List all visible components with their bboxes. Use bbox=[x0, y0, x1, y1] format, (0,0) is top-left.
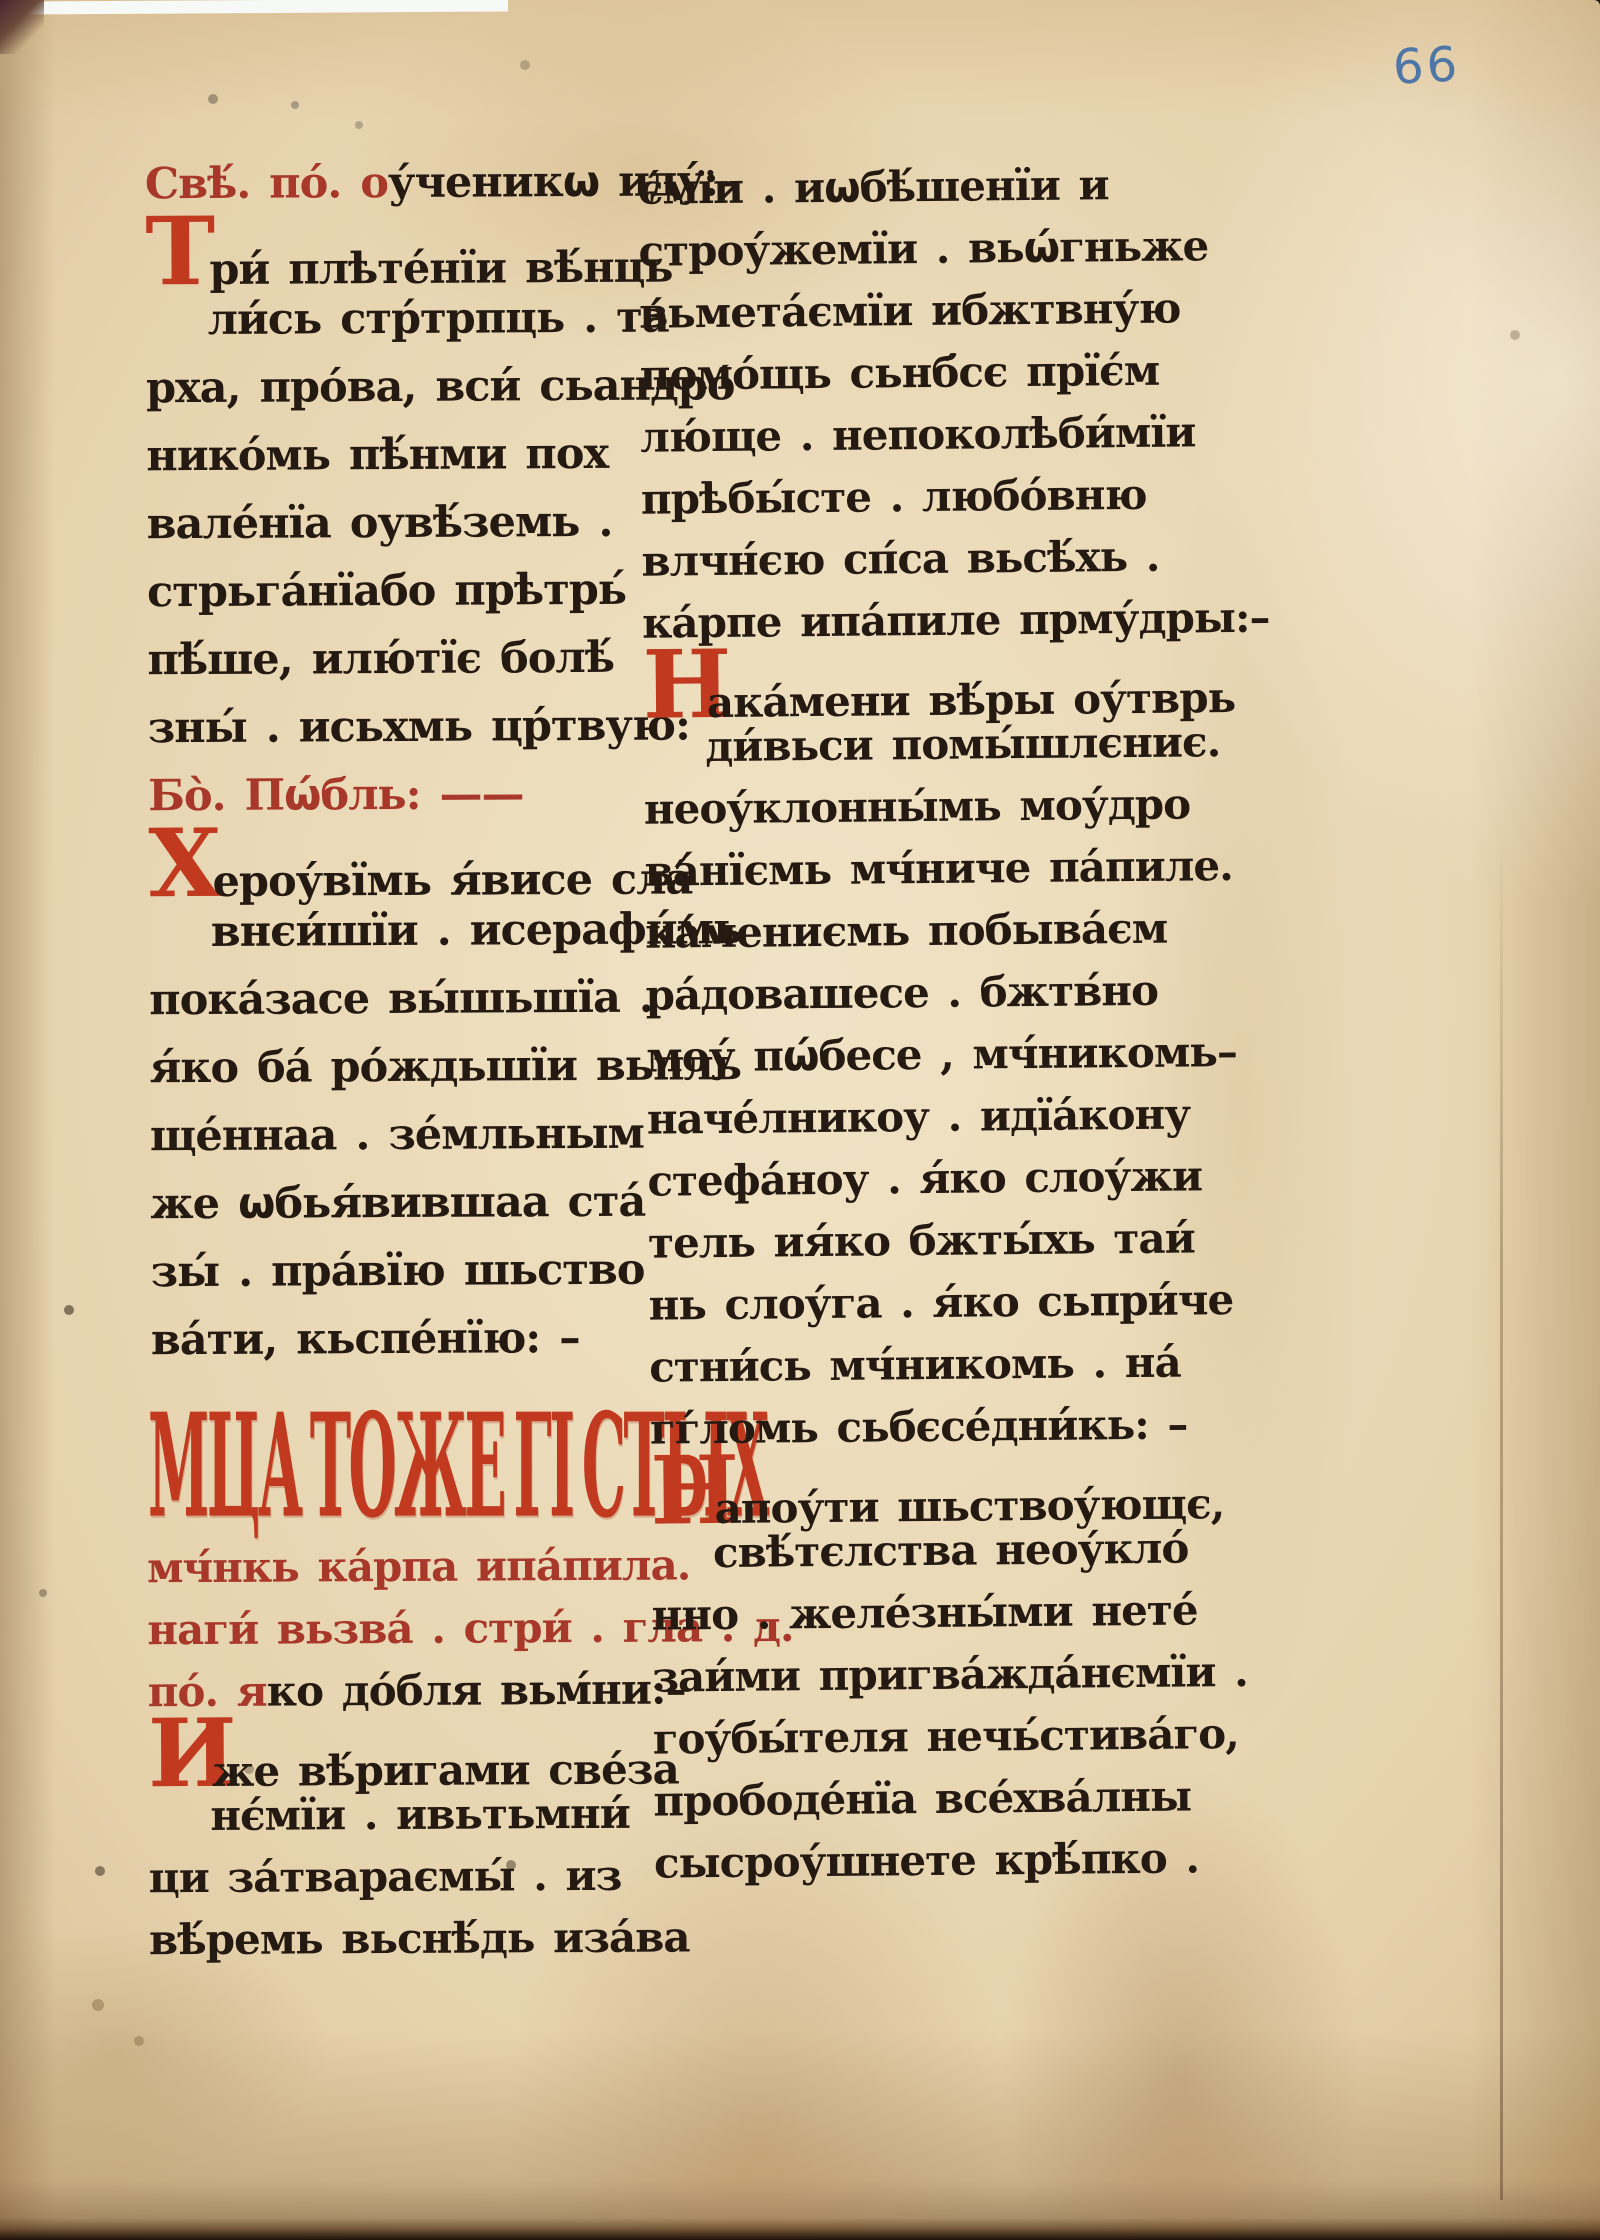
text-line: стефа́ноу . я́ко слоу́жи bbox=[647, 1151, 1208, 1218]
text-segment: ероу́вїмь я́висе сла́ bbox=[212, 854, 692, 907]
text-segment: стрьга́нїабо прѣтрь́ bbox=[147, 565, 626, 618]
text-segment: прѣбы́сте . любо́вню bbox=[641, 470, 1147, 524]
text-line: мч́нкь ка́рпа ипа́пила. bbox=[147, 1541, 647, 1606]
initial-letter: Т bbox=[145, 227, 209, 277]
text-line: наче́лникоу . идїа́кону bbox=[647, 1089, 1208, 1156]
text-line: я́ко ба́ ро́ждьшїи вьпль bbox=[149, 1041, 649, 1112]
text-segment: пока́засе вы́шьшїа . bbox=[149, 973, 653, 1026]
text-line: пѣ́ше, илю́тїє болѣ́ bbox=[147, 633, 647, 704]
column-left-lower: мч́нкь ка́рпа ипа́пила.наги́ вьзва́ . ст… bbox=[147, 1541, 649, 1978]
text-segment: ка́мениємь побыва́єм bbox=[645, 904, 1168, 958]
parchment-page: 66 Свѣ́. по́. оу́ченикѡ иду́:–Три́ плѣте… bbox=[0, 0, 1600, 2240]
text-line: ва́ти, кьспе́нїю: – bbox=[151, 1313, 651, 1384]
text-segment: стни́сь мч́никомь . на́ bbox=[649, 1338, 1181, 1392]
initial-letter: И bbox=[148, 1729, 212, 1779]
text-line: сысроу́шнете крѣ́пко . bbox=[654, 1833, 1215, 1900]
text-line: стни́сь мч́никомь . на́ bbox=[649, 1337, 1210, 1404]
text-line: ра́довашесе . бжтв́но bbox=[645, 965, 1206, 1032]
text-line: ка́мениємь побыва́єм bbox=[645, 903, 1206, 970]
text-line: прободе́нїа все́хва́лны bbox=[653, 1771, 1214, 1838]
text-segment: ще́ннаа . зе́мльным bbox=[150, 1109, 644, 1162]
text-line: гоу́бы́теля нечь́стива́го, bbox=[653, 1709, 1214, 1776]
text-line: Свѣ́. по́. оу́ченикѡ иду́:– bbox=[145, 157, 645, 228]
text-segment: ко до́бля вьм́ни:– bbox=[267, 1664, 686, 1715]
initial-letter: Н bbox=[650, 1466, 714, 1517]
text-line: моу́ пѡ́бесе , мч́никомь– bbox=[646, 1027, 1207, 1094]
page-edge-line bbox=[1500, 840, 1503, 2200]
text-line: Три́ плѣте́нїи вѣ́нць bbox=[145, 225, 645, 296]
text-line: ди́вьси помы́шлєниє. bbox=[705, 717, 1204, 784]
text-segment: наче́лникоу . идїа́кону bbox=[647, 1089, 1191, 1143]
text-line: неоу́клонны́мь моу́дро bbox=[644, 779, 1205, 846]
text-line: вале́нїа оувѣ́земь . bbox=[147, 497, 647, 568]
text-segment: ра́довашесе . бжтв́но bbox=[645, 966, 1158, 1020]
text-segment: же ѡбья́вившаа ста́ bbox=[150, 1177, 645, 1230]
text-segment: влчн́єю сп́са вьсѣ́хь . bbox=[641, 532, 1159, 586]
rubric-segment: мч́нкь ка́рпа ипа́пила. bbox=[147, 1540, 691, 1592]
text-segment: моу́ пѡ́бесе , мч́никомь– bbox=[646, 1027, 1237, 1082]
text-segment: нно . желе́зны́ми нете́ bbox=[651, 1585, 1197, 1639]
text-line: заи́ми пригва́жда́нємїи . bbox=[652, 1647, 1213, 1714]
text-line: же ѡбья́вившаа ста́ bbox=[150, 1177, 650, 1248]
text-line: ли́сь стр́трпць . та́ bbox=[208, 293, 646, 363]
text-segment: свѣ́тєлства неоу́кло́ bbox=[713, 1524, 1189, 1578]
text-segment: гоу́бы́теля нечь́стива́го, bbox=[653, 1709, 1239, 1764]
text-line: рха, про́ва, вси́ сьандро́ bbox=[146, 361, 646, 432]
text-line: нь слоу́га . я́ко сьпри́че bbox=[648, 1275, 1209, 1342]
text-line: Нака́мени вѣ́ры оу́тврь bbox=[642, 655, 1203, 722]
text-segment: є́мїи . иѡбѣ́шенїи и bbox=[638, 160, 1109, 214]
text-line: прѣбы́сте . любо́вню bbox=[641, 469, 1202, 536]
text-segment: нико́мь пѣ́нми пох bbox=[146, 429, 608, 481]
text-line: пока́засе вы́шьшїа . bbox=[149, 973, 649, 1044]
text-line: Напоу́ти шьствоу́ющє, bbox=[650, 1461, 1211, 1528]
text-segment: ци за́твараємы́ . из bbox=[148, 1851, 621, 1902]
text-segment: тель ия́ко бжты́хь таи́ bbox=[648, 1213, 1195, 1267]
text-segment: ка́рпе ипа́пиле прму́дры:– bbox=[642, 593, 1270, 648]
text-segment: лю́ще . непоколѣби́мїи bbox=[640, 407, 1196, 461]
text-segment: строу́жемїи . вьѡ́гньже bbox=[638, 221, 1208, 275]
text-segment: прободе́нїа все́хва́лны bbox=[653, 1771, 1191, 1825]
text-line: вьмета́ємїи ибжтвну́ю bbox=[639, 283, 1200, 350]
text-line: влчн́єю сп́са вьсѣ́хь . bbox=[641, 531, 1202, 598]
text-segment: вале́нїа оувѣ́земь . bbox=[147, 497, 613, 549]
text-line: нє́мїи . ивьтьмни́ bbox=[210, 1789, 648, 1853]
text-segment: зы́ . пра́вїю шьство bbox=[150, 1245, 644, 1298]
text-line: ще́ннаа . зе́мльным bbox=[150, 1109, 650, 1180]
text-segment: ди́вьси помы́шлєниє. bbox=[705, 717, 1220, 771]
scan-background-strip bbox=[28, 0, 508, 14]
text-segment: вьмета́ємїи ибжтвну́ю bbox=[639, 284, 1181, 338]
text-line: наги́ вьзва́ . стри́ . гла́ . д. bbox=[147, 1603, 647, 1668]
text-segment: нь слоу́га . я́ко сьпри́че bbox=[648, 1275, 1233, 1330]
text-line: Хероу́вїмь я́висе сла́ bbox=[148, 837, 648, 908]
vyaz-title: МЦА ТОЖЕ ГІ СТЫХ bbox=[148, 1386, 358, 1559]
column-left-upper: Свѣ́. по́. оу́ченикѡ иду́:–Три́ плѣте́нї… bbox=[145, 157, 651, 1384]
text-line: тель ия́ко бжты́хь таи́ bbox=[648, 1213, 1209, 1280]
text-line: лю́ще . непоколѣби́мїи bbox=[640, 407, 1201, 474]
binding-corner-shadow bbox=[0, 0, 44, 54]
text-line: є́мїи . иѡбѣ́шенїи и bbox=[638, 159, 1199, 226]
initial-letter: Н bbox=[642, 660, 706, 711]
text-segment: неоу́клонны́мь моу́дро bbox=[644, 779, 1191, 833]
text-line: строу́жемїи . вьѡ́гньже bbox=[638, 221, 1199, 288]
text-segment: ри́ плѣте́нїи вѣ́нць bbox=[209, 243, 672, 295]
column-right: є́мїи . иѡбѣ́шенїи истроу́жемїи . вьѡ́гн… bbox=[638, 159, 1215, 1900]
text-segment: сысроу́шнете крѣ́пко . bbox=[654, 1833, 1199, 1887]
text-line: внєи́шїи . исерафи́мь bbox=[211, 905, 649, 975]
text-line: Иже вѣ́ригами све́за bbox=[148, 1727, 648, 1792]
manuscript-photo: 66 Свѣ́. по́. оу́ченикѡ иду́:–Три́ плѣте… bbox=[0, 0, 1600, 2240]
text-line: вѣ́ремь вьснѣ́дь иза́ва bbox=[149, 1913, 649, 1978]
ink-specks bbox=[0, 0, 6, 6]
text-line: нно . желе́зны́ми нете́ bbox=[651, 1585, 1212, 1652]
text-segment: вѣ́ремь вьснѣ́дь иза́ва bbox=[149, 1912, 690, 1964]
initial-letter: Х bbox=[148, 839, 212, 889]
text-line: стрьга́нїабо прѣтрь́ bbox=[147, 565, 647, 636]
text-line: свѣ́тєлства неоу́кло́ bbox=[713, 1523, 1212, 1590]
text-segment: зны́ . исьхмь цр́твую: bbox=[148, 700, 690, 753]
text-segment: помо́щь сьнб́сє прїє́м bbox=[639, 346, 1159, 400]
text-segment: нє́мїи . ивьтьмни́ bbox=[210, 1789, 630, 1840]
text-line: ва́нїємь мч́ниче па́пиле. bbox=[644, 841, 1205, 908]
text-segment: заи́ми пригва́жда́нємїи . bbox=[652, 1647, 1248, 1702]
text-line: зы́ . пра́вїю шьство bbox=[150, 1245, 650, 1316]
text-line: ци за́твараємы́ . из bbox=[148, 1851, 648, 1916]
text-segment: ва́ти, кьспе́нїю: – bbox=[151, 1313, 580, 1365]
text-segment: стефа́ноу . я́ко слоу́жи bbox=[647, 1151, 1202, 1205]
text-line: зны́ . исьхмь цр́твую: bbox=[148, 701, 648, 772]
text-segment: пѣ́ше, илю́тїє болѣ́ bbox=[147, 633, 614, 685]
bottom-page-shadow bbox=[0, 2218, 1600, 2240]
folio-number: 66 bbox=[1392, 36, 1462, 95]
text-line: нико́мь пѣ́нми пох bbox=[146, 429, 646, 500]
text-segment: ли́сь стр́трпць . та́ bbox=[208, 293, 669, 345]
text-line: помо́щь сьнб́сє прїє́м bbox=[639, 345, 1200, 412]
text-line: Бо̀. Пѡ́бль: —— bbox=[148, 769, 648, 840]
text-segment: ва́нїємь мч́ниче па́пиле. bbox=[644, 841, 1233, 896]
